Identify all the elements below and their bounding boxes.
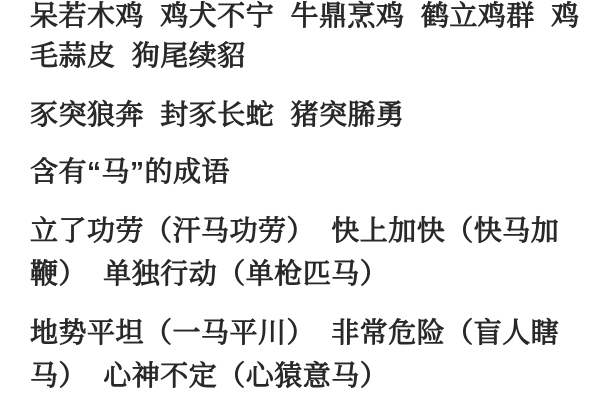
- idioms-line-horse-3: 地势平坦（一马平川） 非常危险（盲人瞎: [30, 318, 559, 348]
- idioms-line-chicken-1: 呆若木鸡 鸡犬不宁 牛鼎烹鸡 鹤立鸡群 鸡: [30, 1, 580, 31]
- idioms-line-horse-1: 立了功劳（汗马功劳） 快上加快（快马加: [30, 216, 559, 246]
- idioms-line-horse-2: 鞭） 单独行动（单枪匹马）: [30, 259, 388, 289]
- idioms-line-horse-4: 马） 心神不定（心猿意马）: [30, 361, 388, 391]
- idioms-line-pig: 豕突狼奔 封豕长蛇 猪突脪勇: [30, 100, 405, 130]
- section-heading-horse-idioms: 含有“马”的成语: [30, 157, 230, 187]
- idiom-notes-page: 呆若木鸡 鸡犬不宁 牛鼎烹鸡 鹤立鸡群 鸡 毛蒜皮 狗尾续貂 豕突狼奔 封豕长蛇…: [0, 0, 600, 400]
- idioms-line-chicken-2: 毛蒜皮 狗尾续貂: [30, 41, 246, 71]
